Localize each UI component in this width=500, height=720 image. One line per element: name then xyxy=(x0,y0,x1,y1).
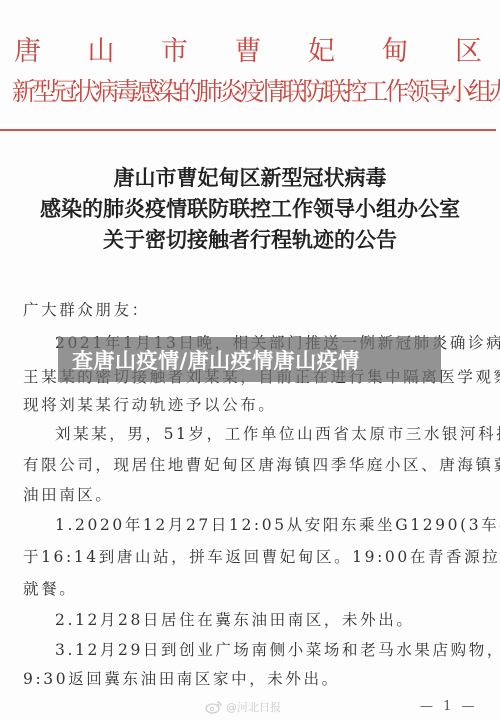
header-char: 曹 xyxy=(235,36,262,68)
header-char: 唐 xyxy=(14,36,41,68)
body-line: 现将刘某某行动轨迹予以公布。 xyxy=(23,394,276,416)
body-line: 刘某某，男，51岁，工作单位山西省太原市三水银河科技 xyxy=(55,423,500,445)
header-char: 甸 xyxy=(382,36,409,68)
header-char: 市 xyxy=(161,36,188,68)
header-char: 区 xyxy=(455,36,482,68)
document-title-line-2: 感染的肺炎疫情联防联控工作领导小组办公室 xyxy=(0,194,500,224)
header-office-name: 新型冠状病毒感染的肺炎疫情联防联控工作领导小组办公室 xyxy=(12,76,465,108)
body-line: 1.2020年12月27日12:05从安阳东乘坐G1290(3车4F) xyxy=(55,514,500,536)
body-line: 于16:14到唐山站，拼车返回曹妃甸区。19:00在青香源拉面馆 xyxy=(23,546,500,568)
caption-text: 查唐山疫情/唐山疫情唐山疫情 xyxy=(58,345,360,375)
header-char: 妃 xyxy=(308,36,335,68)
salutation: 广大群众朋友： xyxy=(23,299,150,321)
body-line: 油田南区。 xyxy=(23,484,114,506)
body-line: 9:30返回冀东油田南区家中，未外出。 xyxy=(23,668,340,690)
watermark: @河北日报 xyxy=(205,699,281,715)
body-line: 3.12月29日到创业广场南侧小菜场和老马水果店购物， xyxy=(55,639,500,661)
header-region-name: 唐 山 市 曹 妃 甸 区 xyxy=(14,36,482,68)
header-char: 山 xyxy=(88,36,115,68)
document-title-line-1: 唐山市曹妃甸区新型冠状病毒 xyxy=(0,163,500,193)
header-divider xyxy=(0,129,496,131)
body-line: 就餐。 xyxy=(23,578,77,600)
caption-overlay: 查唐山疫情/唐山疫情唐山疫情 xyxy=(58,337,441,382)
body-line: 2.12月28日居住在冀东油田南区，未外出。 xyxy=(55,609,414,631)
weibo-logo-icon xyxy=(205,700,223,714)
page-number: — 1 — xyxy=(420,699,478,714)
document-title-line-3: 关于密切接触者行程轨迹的公告 xyxy=(0,225,500,255)
body-line: 有限公司，现居住地曹妃甸区唐海镇四季华庭小区、唐海镇冀东 xyxy=(23,454,500,476)
watermark-text: @河北日报 xyxy=(226,699,281,715)
